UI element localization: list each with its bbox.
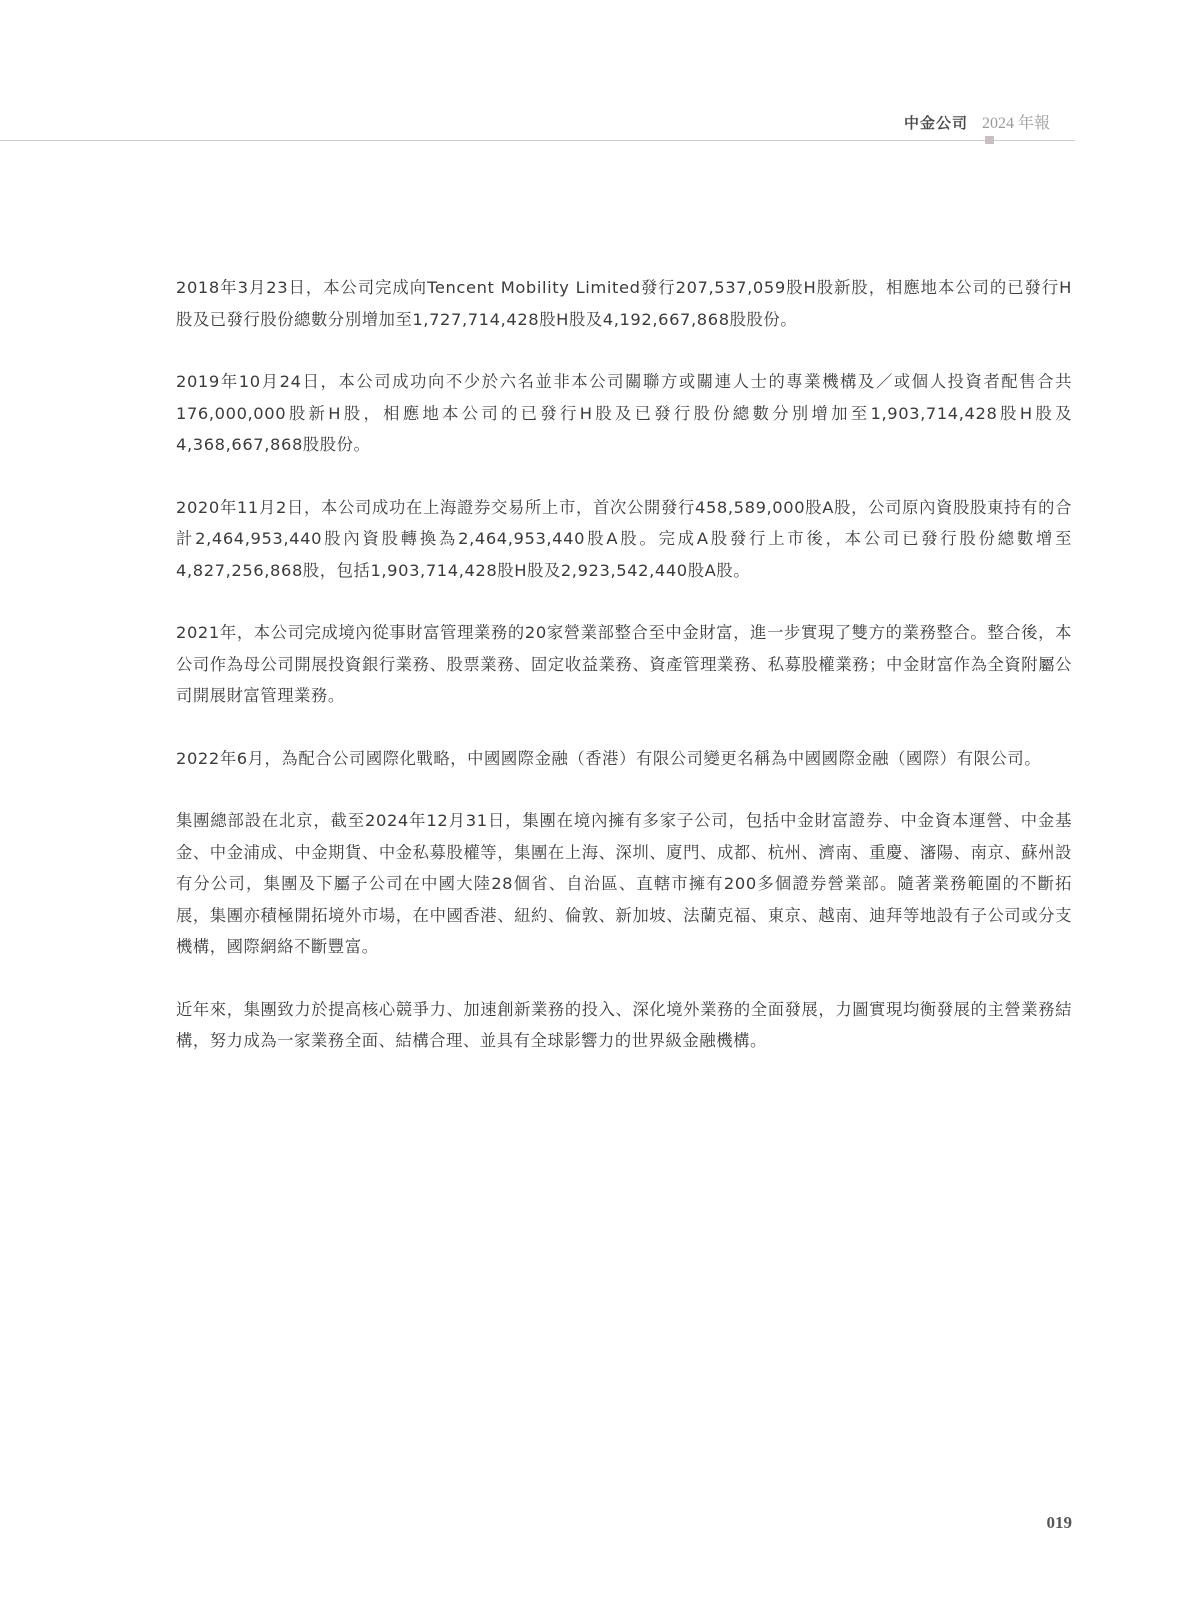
paragraph-2019-h-share-placement: 2019年10月24日，本公司成功向不少於六名並非本公司關聯方或關連人士的專業機… (176, 366, 1072, 461)
body-text: 2018年3月23日，本公司完成向Tencent Mobility Limite… (176, 272, 1072, 1088)
paragraph-strategy: 近年來，集團致力於提高核心競爭力、加速創新業務的投入、深化境外業務的全面發展，力… (176, 994, 1072, 1057)
paragraph-2020-a-share-listing: 2020年11月2日，本公司成功在上海證券交易所上市，首次公開發行458,589… (176, 492, 1072, 587)
header-company-name: 中金公司 (904, 112, 968, 133)
header-marker-square (985, 136, 994, 144)
paragraph-2021-wealth-integration: 2021年，本公司完成境內從事財富管理業務的20家營業部整合至中金財富，進一步實… (176, 617, 1072, 712)
running-header: 中金公司 2024 年報 (904, 110, 1050, 134)
page-number: 019 (1047, 1513, 1073, 1533)
header-divider (0, 140, 1075, 141)
paragraph-2018-tencent-placement: 2018年3月23日，本公司完成向Tencent Mobility Limite… (176, 272, 1072, 335)
paragraph-2022-name-change: 2022年6月，為配合公司國際化戰略，中國國際金融（香港）有限公司變更名稱為中國… (176, 743, 1072, 775)
paragraph-group-network: 集團總部設在北京，截至2024年12月31日，集團在境內擁有多家子公司，包括中金… (176, 805, 1072, 963)
header-report-title: 2024 年報 (982, 110, 1050, 133)
